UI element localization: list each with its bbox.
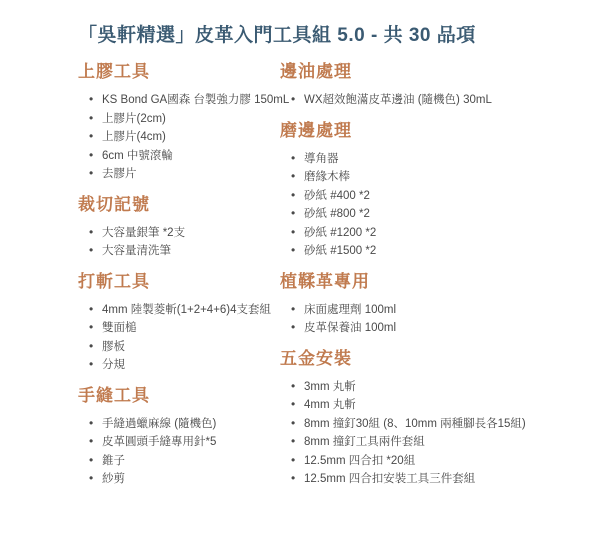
section: 五金安裝3mm 丸斬4mm 丸斬8mm 撞釘30組 (8、10mm 兩種腳長各1…	[280, 349, 570, 486]
list-item: 上膠片(2cm)	[89, 113, 280, 126]
item-text: 8mm 撞釘工具兩件套組	[304, 436, 425, 448]
section: 植鞣革專用床面處理劑 100ml皮革保養油 100ml	[280, 272, 570, 335]
item-text: 手縫過蠟麻線 (隨機色)	[102, 418, 216, 430]
list-item: 3mm 丸斬	[291, 381, 570, 394]
section-heading: 植鞣革專用	[280, 272, 570, 292]
item-text: 上膠片(2cm)	[102, 113, 166, 125]
item-text: 雙面槌	[102, 322, 137, 334]
list-item: 磨緣木棒	[291, 171, 570, 184]
section: 手縫工具手縫過蠟麻線 (隨機色)皮革圓頭手縫專用針*5錐子紗剪	[78, 386, 280, 486]
item-text: 床面處理劑 100ml	[304, 304, 396, 316]
section-heading: 邊油處理	[280, 62, 570, 82]
item-text: 錐子	[102, 455, 125, 467]
item-text: 砂紙 #800 *2	[304, 208, 370, 220]
page-title: 「吳軒精選」皮革入門工具組 5.0 - 共 30 品項	[78, 20, 580, 47]
list-item: 4mm 陸製菱斬(1+2+4+6)4支套組	[89, 304, 280, 317]
item-text: 4mm 丸斬	[304, 399, 356, 411]
column-right: 邊油處理WX超效飽滿皮革邊油 (隨機色) 30mL磨邊處理導角器磨緣木棒砂紙 #…	[280, 62, 570, 500]
section: 邊油處理WX超效飽滿皮革邊油 (隨機色) 30mL	[280, 62, 570, 107]
item-list: 4mm 陸製菱斬(1+2+4+6)4支套組雙面槌膠板分規	[78, 304, 280, 372]
item-text: 上膠片(4cm)	[102, 131, 166, 143]
item-text: 大容量清洗筆	[102, 245, 171, 257]
item-text: 大容量銀筆 *2支	[102, 227, 185, 239]
list-item: 導角器	[291, 153, 570, 166]
section: 磨邊處理導角器磨緣木棒砂紙 #400 *2砂紙 #800 *2砂紙 #1200 …	[280, 121, 570, 258]
list-item: 大容量銀筆 *2支	[89, 227, 280, 240]
list-item: KS Bond GA國森 台製強力膠 150mL	[89, 94, 280, 107]
item-list: KS Bond GA國森 台製強力膠 150mL上膠片(2cm)上膠片(4cm)…	[78, 94, 280, 181]
item-list: 床面處理劑 100ml皮革保養油 100ml	[280, 304, 570, 335]
item-text: 紗剪	[102, 473, 125, 485]
list-item: 分規	[89, 359, 280, 372]
item-text: 12.5mm 四合扣安裝工具三件套組	[304, 473, 475, 485]
item-text: WX超效飽滿皮革邊油 (隨機色) 30mL	[304, 94, 492, 106]
item-text: 皮革圓頭手縫專用針*5	[102, 436, 216, 448]
section: 打斬工具4mm 陸製菱斬(1+2+4+6)4支套組雙面槌膠板分規	[78, 272, 280, 372]
list-item: 6cm 中號滾輪	[89, 150, 280, 163]
content-columns: 上膠工具KS Bond GA國森 台製強力膠 150mL上膠片(2cm)上膠片(…	[78, 62, 580, 500]
list-item: 錐子	[89, 455, 280, 468]
item-list: 導角器磨緣木棒砂紙 #400 *2砂紙 #800 *2砂紙 #1200 *2砂紙…	[280, 153, 570, 258]
list-item: 大容量清洗筆	[89, 245, 280, 258]
list-item: 4mm 丸斬	[291, 399, 570, 412]
item-text: 砂紙 #1500 *2	[304, 245, 376, 257]
item-list: 3mm 丸斬4mm 丸斬8mm 撞釘30組 (8、10mm 兩種腳長各15組)8…	[280, 381, 570, 486]
item-text: 膠板	[102, 341, 125, 353]
item-text: 8mm 撞釘30組 (8、10mm 兩種腳長各15組)	[304, 418, 526, 430]
item-text: 6cm 中號滾輪	[102, 150, 173, 162]
list-item: 砂紙 #800 *2	[291, 208, 570, 221]
item-text: 皮革保養油 100ml	[304, 322, 396, 334]
item-text: 砂紙 #1200 *2	[304, 227, 376, 239]
list-item: 12.5mm 四合扣安裝工具三件套組	[291, 473, 570, 486]
section: 上膠工具KS Bond GA國森 台製強力膠 150mL上膠片(2cm)上膠片(…	[78, 62, 280, 181]
list-item: 去膠片	[89, 168, 280, 181]
list-item: 膠板	[89, 341, 280, 354]
item-text: 導角器	[304, 153, 339, 165]
item-text: 分規	[102, 359, 125, 371]
section: 裁切記號大容量銀筆 *2支大容量清洗筆	[78, 195, 280, 258]
list-item: 雙面槌	[89, 322, 280, 335]
list-item: 砂紙 #400 *2	[291, 190, 570, 203]
product-description-page: 「吳軒精選」皮革入門工具組 5.0 - 共 30 品項 上膠工具KS Bond …	[0, 0, 600, 535]
item-text: 4mm 陸製菱斬(1+2+4+6)4支套組	[102, 304, 271, 316]
section-heading: 磨邊處理	[280, 121, 570, 141]
item-list: 手縫過蠟麻線 (隨機色)皮革圓頭手縫專用針*5錐子紗剪	[78, 418, 280, 486]
section-heading: 五金安裝	[280, 349, 570, 369]
list-item: 12.5mm 四合扣 *20組	[291, 455, 570, 468]
list-item: 床面處理劑 100ml	[291, 304, 570, 317]
list-item: 紗剪	[89, 473, 280, 486]
list-item: 8mm 撞釘工具兩件套組	[291, 436, 570, 449]
item-text: 12.5mm 四合扣 *20組	[304, 455, 415, 467]
section-heading: 裁切記號	[78, 195, 280, 215]
list-item: 手縫過蠟麻線 (隨機色)	[89, 418, 280, 431]
list-item: 皮革保養油 100ml	[291, 322, 570, 335]
item-text: 砂紙 #400 *2	[304, 190, 370, 202]
item-list: 大容量銀筆 *2支大容量清洗筆	[78, 227, 280, 258]
item-text: KS Bond GA國森 台製強力膠 150mL	[102, 94, 289, 106]
list-item: WX超效飽滿皮革邊油 (隨機色) 30mL	[291, 94, 570, 107]
list-item: 砂紙 #1200 *2	[291, 227, 570, 240]
list-item: 砂紙 #1500 *2	[291, 245, 570, 258]
list-item: 8mm 撞釘30組 (8、10mm 兩種腳長各15組)	[291, 418, 570, 431]
item-text: 去膠片	[102, 168, 137, 180]
item-text: 3mm 丸斬	[304, 381, 356, 393]
section-heading: 打斬工具	[78, 272, 280, 292]
section-heading: 上膠工具	[78, 62, 280, 82]
item-list: WX超效飽滿皮革邊油 (隨機色) 30mL	[280, 94, 570, 107]
item-text: 磨緣木棒	[304, 171, 350, 183]
list-item: 皮革圓頭手縫專用針*5	[89, 436, 280, 449]
section-heading: 手縫工具	[78, 386, 280, 406]
list-item: 上膠片(4cm)	[89, 131, 280, 144]
column-left: 上膠工具KS Bond GA國森 台製強力膠 150mL上膠片(2cm)上膠片(…	[78, 62, 280, 500]
